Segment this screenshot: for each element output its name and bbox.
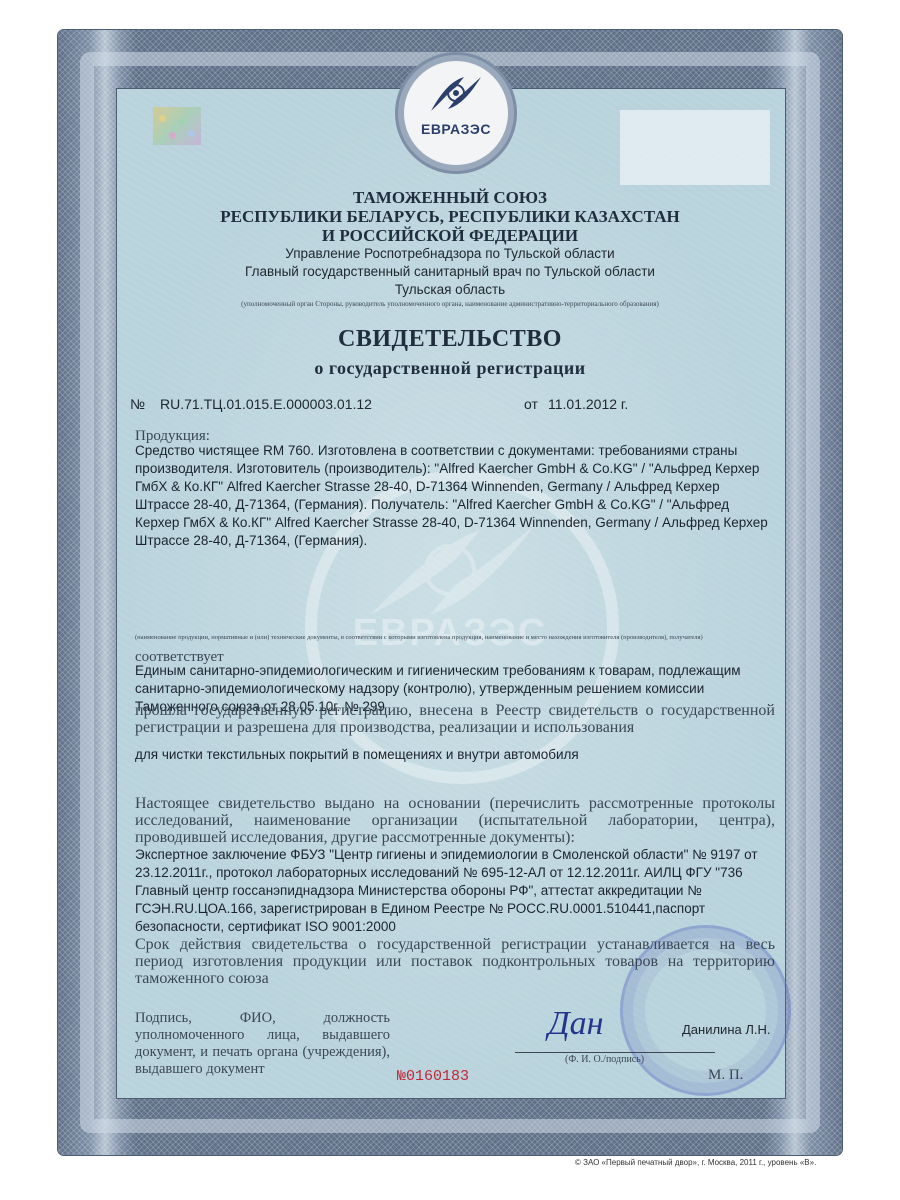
authority-line-2: Главный государственный санитарный врач … — [116, 264, 784, 279]
document-title: СВИДЕТЕЛЬСТВО — [116, 326, 784, 353]
document-subtitle: о государственной регистрации — [116, 358, 784, 379]
signature-line — [515, 1052, 715, 1053]
signature-label: Подпись, ФИО, должность уполномоченного … — [135, 1010, 390, 1078]
authority-caption: (уполномоченный орган Стороны, руководит… — [116, 300, 784, 308]
serial-number: №0160183 — [397, 1068, 469, 1085]
registration-number: RU.71.ТЦ.01.015.Е.000003.01.12 — [160, 396, 372, 412]
signature-caption: (Ф. И. О./подпись) — [565, 1054, 644, 1065]
signatory-name: Данилина Л.Н. — [682, 1022, 771, 1037]
usage-scope: для чистки текстильных покрытий в помеще… — [135, 746, 775, 764]
basis-label: Настоящее свидетельство выдано на основа… — [135, 795, 775, 846]
eurasec-emblem-icon — [426, 73, 486, 113]
signature-mark: Дан — [548, 1005, 604, 1043]
emblem-text: ЕВРАЗЭС — [404, 121, 508, 137]
header-republics: РЕСПУБЛИКИ БЕЛАРУСЬ, РЕСПУБЛИКИ КАЗАХСТА… — [116, 207, 784, 227]
registration-number-label: № — [130, 396, 145, 412]
registration-date: 11.01.2012 г. — [548, 396, 628, 412]
registration-statement: прошла государственную регистрацию, внес… — [135, 702, 775, 736]
header-federation: И РОССИЙСКОЙ ФЕДЕРАЦИИ — [116, 226, 784, 246]
printer-footer: © ЗАО «Первый печатный двор», г. Москва,… — [575, 1158, 816, 1167]
eurasec-emblem: ЕВРАЗЭС — [398, 55, 514, 171]
basis-documents: Экспертное заключение ФБУЗ "Центр гигиен… — [135, 846, 775, 936]
product-description: Средство чистящее RM 760. Изготовлена в … — [135, 442, 775, 550]
validity-statement: Срок действия свидетельства о государств… — [135, 936, 775, 987]
seal-label: М. П. — [708, 1067, 743, 1084]
hologram-patch — [153, 107, 201, 145]
registration-date-label: от — [524, 396, 538, 412]
product-caption: (наименование продукции, нормативные и (… — [135, 634, 775, 641]
header-union: ТАМОЖЕННЫЙ СОЮЗ — [116, 188, 784, 208]
authority-line-3: Тульская область — [116, 282, 784, 297]
authority-line-1: Управление Роспотребнадзора по Тульской … — [116, 246, 784, 261]
blank-patch — [620, 110, 770, 185]
